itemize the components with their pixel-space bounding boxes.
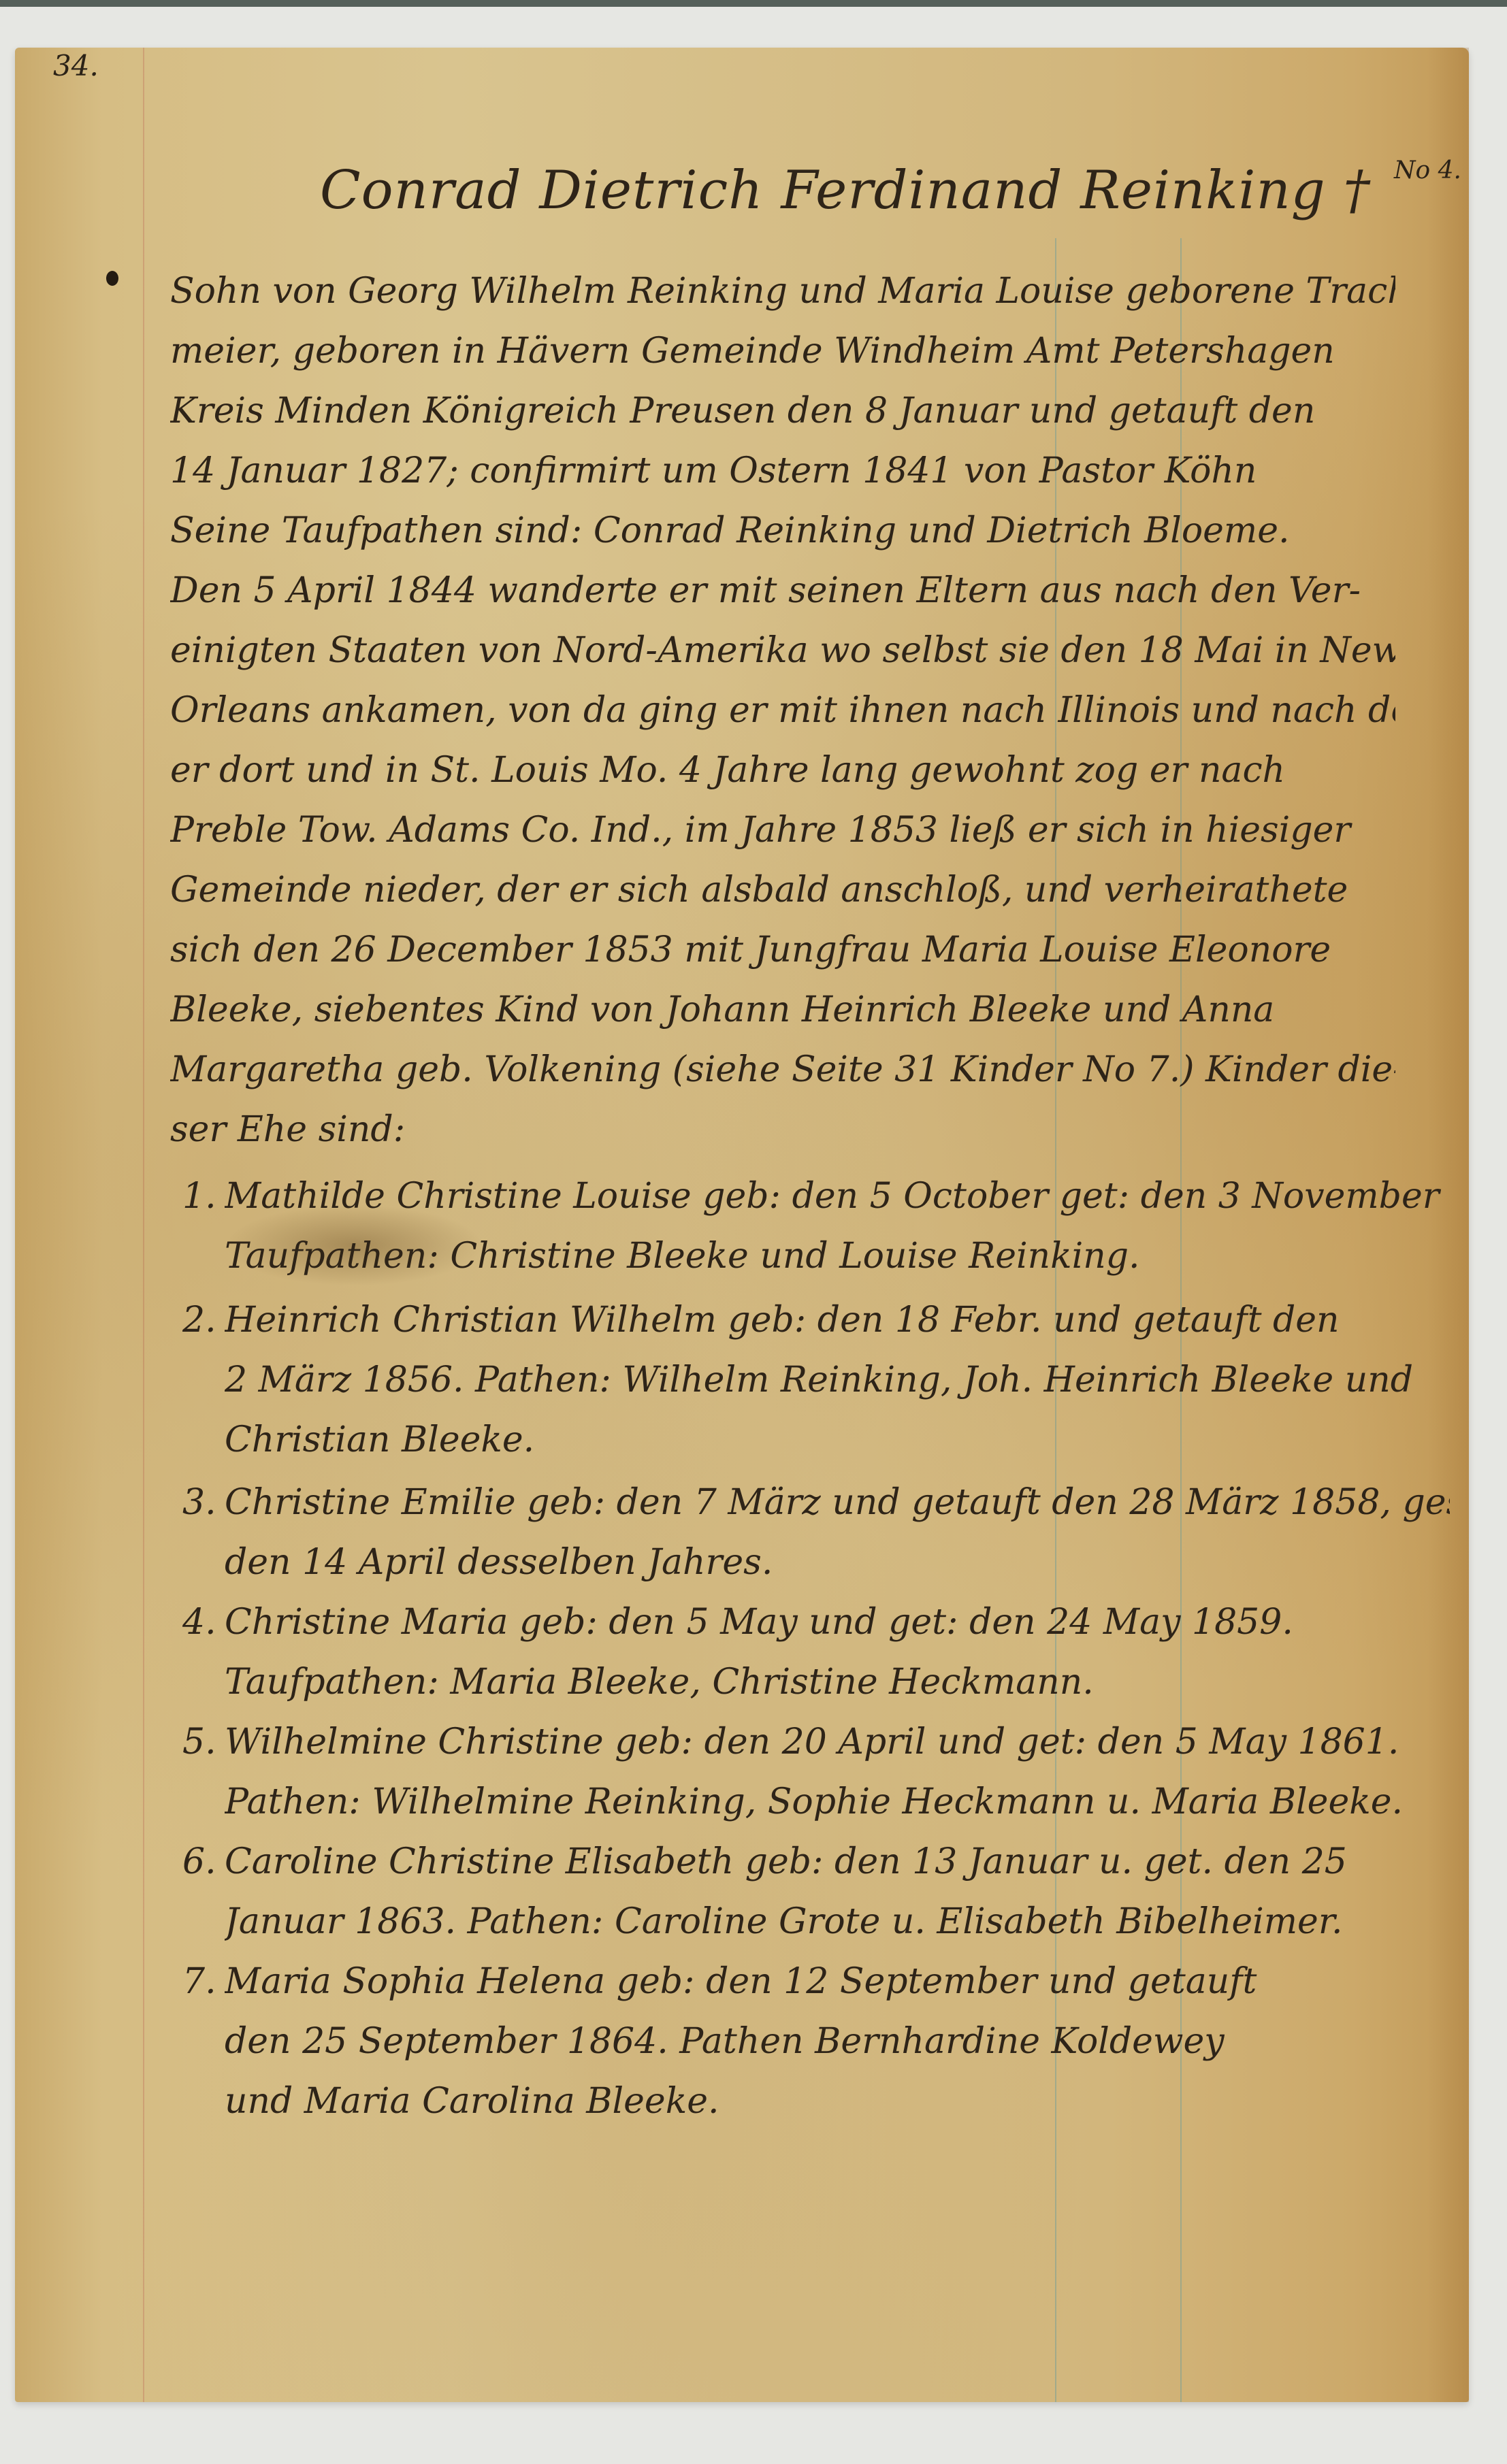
text-line: Gemeinde nieder, der er sich alsbald ans…	[170, 870, 1395, 910]
child-line: Pathen: Wilhelmine Reinking, Sophie Heck…	[225, 1781, 1450, 1822]
child-line: Taufpathen: Maria Bleeke, Christine Heck…	[225, 1662, 1450, 1703]
ink-blot-icon	[106, 271, 118, 286]
child-number: 1.	[182, 1176, 223, 1217]
child-line: Christine Emilie geb: den 7 März und get…	[225, 1482, 1450, 1523]
child-line: Mathilde Christine Louise geb: den 5 Oct…	[225, 1176, 1450, 1217]
child-number: 5.	[182, 1722, 223, 1762]
child-line: Januar 1863. Pathen: Caroline Grote u. E…	[225, 1901, 1450, 1942]
text-line: ser Ehe sind:	[170, 1109, 1395, 1150]
entry-number: No 4.	[1394, 157, 1461, 184]
child-line: Caroline Christine Elisabeth geb: den 13…	[225, 1841, 1450, 1882]
child-line: Heinrich Christian Wilhelm geb: den 18 F…	[225, 1300, 1450, 1341]
text-line: Orleans ankamen, von da ging er mit ihne…	[170, 690, 1395, 731]
text-line: Kreis Minden Königreich Preusen den 8 Ja…	[170, 391, 1395, 431]
child-line: Taufpathen: Christine Bleeke und Louise …	[225, 1236, 1450, 1277]
text-line: 14 Januar 1827; confirmirt um Ostern 184…	[170, 450, 1395, 491]
page-number: 34.	[53, 49, 99, 82]
child-line: Maria Sophia Helena geb: den 12 Septembe…	[225, 1961, 1450, 2002]
child-line: 2 März 1856. Pathen: Wilhelm Reinking, J…	[225, 1360, 1450, 1400]
child-line: den 14 April desselben Jahres.	[225, 1542, 1450, 1583]
text-line: Bleeke, siebentes Kind von Johann Heinri…	[170, 989, 1395, 1030]
left-margin-rule	[143, 48, 144, 2402]
child-line: und Maria Carolina Bleeke.	[225, 2081, 1450, 2122]
page-title: Conrad Dietrich Ferdinand Reinking †	[320, 160, 1370, 221]
text-line: Sohn von Georg Wilhelm Reinking und Mari…	[170, 271, 1395, 312]
child-number: 6.	[182, 1841, 223, 1882]
child-line: Christine Maria geb: den 5 May und get: …	[225, 1602, 1450, 1643]
child-number: 3.	[182, 1482, 223, 1523]
text-line: Den 5 April 1844 wanderte er mit seinen …	[170, 570, 1395, 611]
child-line: Christian Bleeke.	[225, 1419, 1450, 1460]
child-line: den 25 September 1864. Pathen Bernhardin…	[225, 2021, 1450, 2062]
child-number: 7.	[182, 1961, 223, 2002]
text-line: Preble Tow. Adams Co. Ind., im Jahre 185…	[170, 810, 1395, 851]
text-line: meier, geboren in Hävern Gemeinde Windhe…	[170, 331, 1395, 372]
text-line: Margaretha geb. Volkening (siehe Seite 3…	[170, 1049, 1395, 1090]
text-line: er dort und in St. Louis Mo. 4 Jahre lan…	[170, 750, 1395, 791]
text-line: sich den 26 December 1853 mit Jungfrau M…	[170, 930, 1395, 970]
scanner-edge	[0, 0, 1507, 7]
child-line: Wilhelmine Christine geb: den 20 April u…	[225, 1722, 1450, 1762]
child-number: 4.	[182, 1602, 223, 1643]
text-line: einigten Staaten von Nord-Amerika wo sel…	[170, 630, 1395, 671]
child-number: 2.	[182, 1300, 223, 1341]
text-line: Seine Taufpathen sind: Conrad Reinking u…	[170, 510, 1395, 551]
